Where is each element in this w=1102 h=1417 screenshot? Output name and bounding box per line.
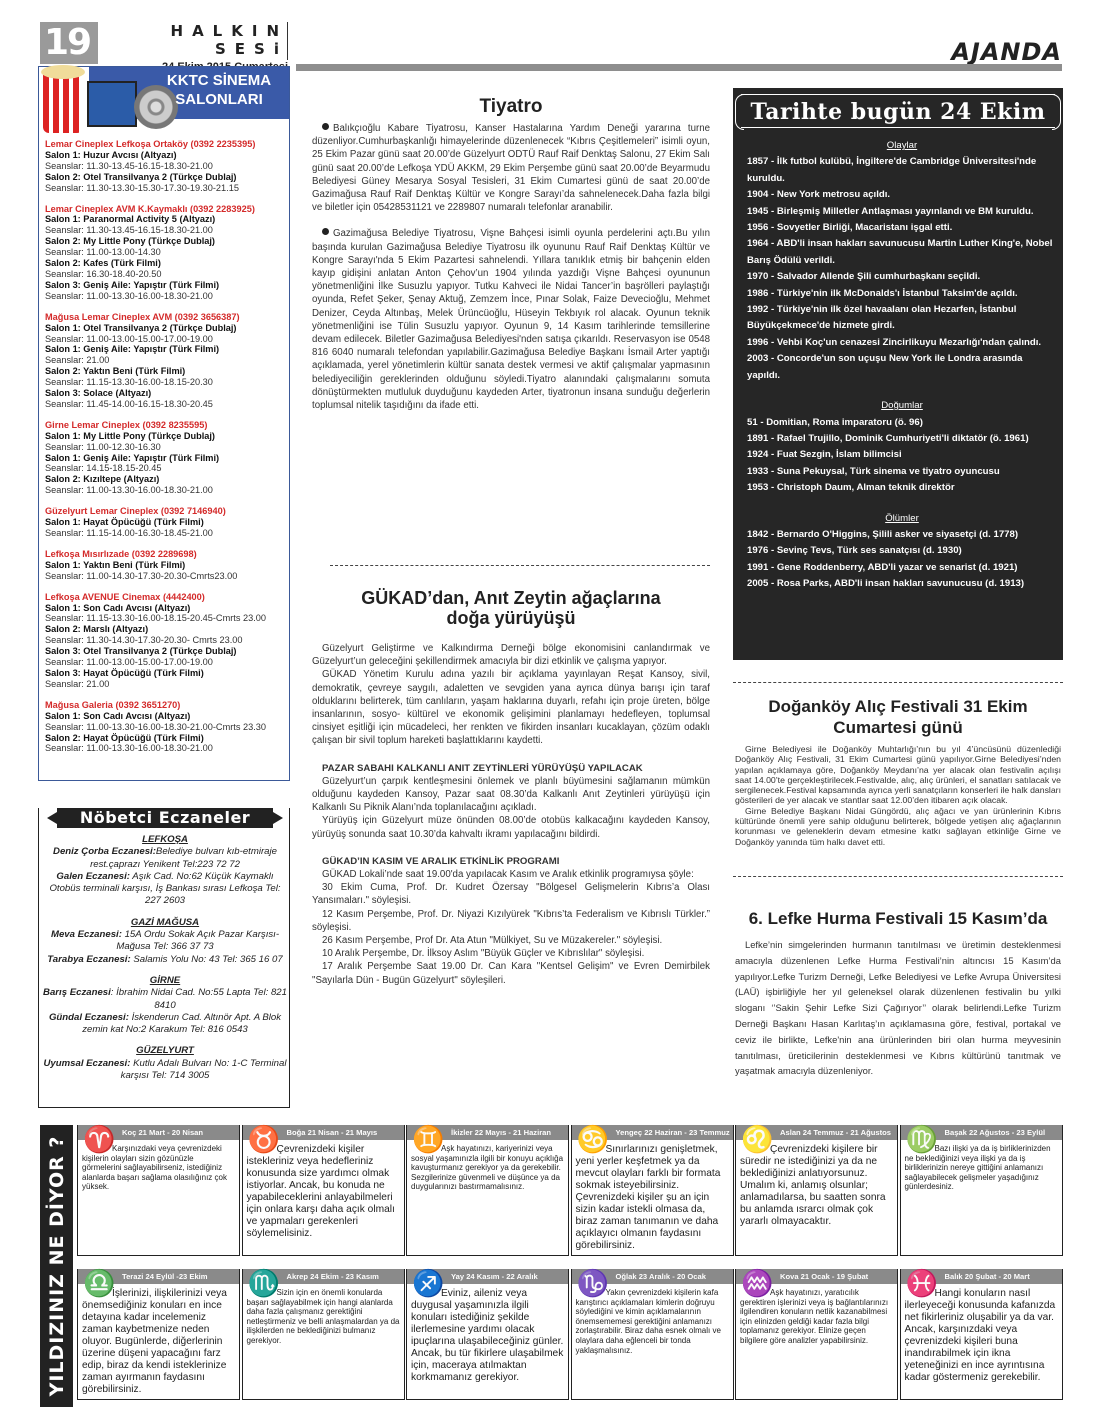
pharmacy-title: Nöbetci Eczaneler: [57, 808, 273, 828]
cinema-venue: Lefkoşa AVENUE Cinemax (4442400)Salon 1:…: [45, 592, 289, 690]
salon-film: Salon 2: Otel Transilvanya 2 (Türkçe Dub…: [45, 172, 289, 183]
salon-film: Salon 1: Son Cadı Avcısı (Altyazı): [45, 711, 289, 722]
horoscope-text: Eviniz, aileniz veya duygusal yaşamınızl…: [407, 1284, 568, 1384]
pharmacy-entry: Meva Eczanesi: 15A Ordu Sokak Açık Pazar…: [43, 929, 287, 954]
showtimes: Seanslar: 11.15-13.30-16.00-18.15-20.45-…: [45, 613, 289, 624]
header-divider: [287, 22, 288, 60]
tiyatro-paragraph-text: Gazimağusa Belediye Tiyatrosu, Vişne Bah…: [312, 228, 710, 411]
horoscope-card: Terazi 24 Eylül -23 Ekim♎İşlerinizi, ili…: [77, 1269, 240, 1400]
olumler-list: 1842 - Bernardo O'Higgins, Şilili asker …: [747, 527, 1057, 593]
gukad-article: GÜKAD’dan, Anıt Zeytin ağaçlarına doğa y…: [312, 588, 710, 987]
cinema-venue: Lefkoşa Mısırlızade (0392 2289698)Salon …: [45, 549, 289, 582]
salon-film: Salon 2: Yaktın Beni (Türk Filmi): [45, 366, 289, 377]
showtimes: Seanslar: 11.45-14.00-16.15-18.30-20.45: [45, 399, 289, 410]
venue-name: Girne Lemar Cineplex (0392 8235595): [45, 420, 289, 431]
section-divider: [330, 565, 710, 566]
olaylar-item: 1986 - Türkiye'nin ilk McDonalds'ı İstan…: [747, 286, 1057, 302]
libra-icon: ♎: [83, 1267, 115, 1299]
gukad-paragraph: 10 Aralık Perşembe, Dr. İlksoy Aslım "Bü…: [312, 947, 710, 960]
gukad-paragraph: GÜKAD Lokali’nde saat 19.00'da yapılacak…: [312, 868, 710, 881]
scorpio-icon: ♏: [248, 1267, 280, 1299]
pharmacy-name: Tarabya Eczanesi:: [47, 954, 130, 965]
salon-film: Salon 2: Hayat Öpücüğü (Türk Filmi): [45, 733, 289, 744]
gukad-paragraph: 30 Ekim Cuma, Prof. Dr. Kudret Özersay "…: [312, 881, 710, 907]
venue-name: Mağusa Galeria (0392 3651270): [45, 700, 289, 711]
showtimes: Seanslar: 21.00: [45, 679, 289, 690]
dogumlar-item: 1924 - Fuat Sezgin, İslam bilimcisi: [747, 447, 1057, 463]
salon-film: Salon 1: My Little Pony (Türkçe Dublaj): [45, 431, 289, 442]
taurus-icon: ♉: [248, 1123, 280, 1155]
lefke-title: 6. Lefke Hurma Festivali 15 Kasım’da: [735, 908, 1061, 929]
showtimes: Seanslar: 11.00-13.30-16.00-18.30-21.00: [45, 743, 289, 754]
salon-film: Salon 3: Hayat Öpücüğü (Türk Filmi): [45, 668, 289, 679]
capricorn-icon: ♑: [577, 1267, 609, 1299]
venue-name: Lefkoşa AVENUE Cinemax (4442400): [45, 592, 289, 603]
popcorn-icon: [43, 73, 83, 133]
horoscope-card: Aslan 24 Temmuz - 21 Ağustos♌Çevrenizdek…: [735, 1125, 898, 1256]
pharmacy-list: LEFKOŞADeniz Çorba Eczanesi:Belediye bul…: [43, 834, 287, 1082]
doganköy-paragraph: Girne Belediye Başkanı Nidai Güngördü, a…: [735, 806, 1061, 847]
olaylar-item: 1956 - Sovyetler Birliği, Macaristanı iş…: [747, 220, 1057, 236]
dogumlar-heading: Doğumlar: [747, 398, 1057, 414]
tiyatro-body: Balıkçıoğlu Kabare Tiyatrosu, Kanser Has…: [312, 122, 710, 412]
salon-film: Salon 1: Geniş Aile: Yapıştır (Türk Film…: [45, 453, 289, 464]
pharmacy-entry: Galen Eczanesi: Aşık Cad. No:62 Küçük Ka…: [43, 871, 287, 908]
olaylar-item: 2003 - Concorde'un son uçuşu New York il…: [747, 351, 1057, 384]
showtimes: Seanslar: 11.30-14.30-17.30-20.30- Cmrts…: [45, 635, 289, 646]
venue-name: Lefkoşa Mısırlızade (0392 2289698): [45, 549, 289, 560]
horoscope-card: Oğlak 23 Aralık - 20 Ocak♑Yakın çevreniz…: [571, 1269, 734, 1400]
pharmacy-name: Gündal Eczanesi:: [49, 1012, 129, 1023]
olaylar-item: 1945 - Birleşmiş Milletler Antlaşması ya…: [747, 204, 1057, 220]
pisces-icon: ♓: [906, 1267, 938, 1299]
venue-name: Güzelyurt Lemar Cineplex (0392 7146940): [45, 506, 289, 517]
horoscope-card: Kova 21 Ocak - 19 Şubat♒Aşk hayatınızı, …: [735, 1269, 898, 1400]
olaylar-list: 1857 - İlk futbol kulübü, İngiltere'de C…: [747, 154, 1057, 384]
olaylar-item: 1857 - İlk futbol kulübü, İngiltere'de C…: [747, 154, 1057, 187]
horoscope-text: Sınırlarınızı genişletmek, yeni yerler k…: [572, 1140, 733, 1252]
showtimes: Seanslar: 11.00-14.30-17.30-20.30-Cmrts2…: [45, 571, 289, 582]
dogumlar-list: 51 - Domitian, Roma imparatoru (ö. 96)18…: [747, 415, 1057, 497]
cinema-header: KKTC SİNEMA SALONLARI: [39, 67, 289, 135]
bullet-icon: [322, 228, 329, 235]
dogumlar-item: 1953 - Christoph Daum, Alman teknik dire…: [747, 480, 1057, 496]
salon-film: Salon 1: Otel Transilvanya 2 (Türkçe Dub…: [45, 323, 289, 334]
showtimes: Seanslar: 16.30-18.40-20.50: [45, 269, 289, 280]
cinema-venue: Mağusa Galeria (0392 3651270)Salon 1: So…: [45, 700, 289, 755]
olumler-heading: Ölümler: [747, 511, 1057, 527]
gukad-paragraph: Güzelyurt Geliştirme ve Kalkındırma Dern…: [312, 642, 710, 668]
leo-icon: ♌: [741, 1123, 773, 1155]
pharmacy-entry: Uyumsal Eczanesi: Kutlu Adalı Bulvarı No…: [43, 1058, 287, 1083]
horoscope-section: YILDIZINIZ NE DİYOR ? Koç 21 Mart - 20 N…: [40, 1125, 1062, 1413]
olaylar-item: 1970 - Salvador Allende Şili cumhurbaşka…: [747, 269, 1057, 285]
horoscope-card: Balık 20 Şubat - 20 Mart♓Hangi konuların…: [900, 1269, 1063, 1400]
showtimes: Seanslar: 11.15-14.00-16.30-18.45-21.00: [45, 528, 289, 539]
page-number: 19: [40, 22, 98, 64]
dogumlar-item: 51 - Domitian, Roma imparatoru (ö. 96): [747, 415, 1057, 431]
section-divider: [733, 682, 1063, 683]
tiyatro-article: Tiyatro Balıkçıoğlu Kabare Tiyatrosu, Ka…: [312, 96, 710, 412]
pharmacy-region: GAZİ MAĞUSA: [43, 917, 287, 929]
doganköy-title: Doğanköy Alıç Festivali 31 Ekim Cumartes…: [735, 696, 1061, 738]
header-band: [296, 64, 1062, 71]
cinema-title-line1: KKTC SİNEMA: [154, 71, 284, 90]
pharmacy-box: Nöbetci Eczaneler LEFKOŞADeniz Çorba Ecz…: [38, 808, 290, 1108]
gukad-subheading: PAZAR SABAHI KALKANLI ANIT ZEYTİNLERİ YÜ…: [312, 762, 710, 775]
cinema-title-line2: SALONLARI: [154, 90, 284, 109]
cinema-list: Lemar Cineplex Lefkoşa Ortaköy (0392 223…: [45, 139, 289, 764]
dogumlar-item: 1933 - Suna Pekuysal, Türk sinema ve tiy…: [747, 464, 1057, 480]
venue-name: Mağusa Lemar Cineplex AVM (0392 3656387): [45, 312, 289, 323]
showtimes: Seanslar: 11.30-13.30-15.30-17.30-19.30-…: [45, 183, 289, 194]
gukad-paragraph: 12 Kasım Perşembe, Prof. Dr. Niyazi Kızı…: [312, 908, 710, 934]
tiyatro-paragraph-text: Balıkçıoğlu Kabare Tiyatrosu, Kanser Has…: [312, 123, 710, 213]
lefke-article: 6. Lefke Hurma Festivali 15 Kasım’da Lef…: [735, 908, 1061, 1079]
section-divider: [733, 876, 1063, 877]
pharmacy-entry: Tarabya Eczanesi: Salamis Yolu No: 43 Te…: [43, 954, 287, 966]
sagittarius-icon: ♐: [412, 1267, 444, 1299]
cinema-venue: Güzelyurt Lemar Cineplex (0392 7146940)S…: [45, 506, 289, 539]
salon-film: Salon 3: Otel Transilvanya 2 (Türkçe Dub…: [45, 646, 289, 657]
tarihte-body: Olaylar 1857 - İlk futbol kulübü, İngilt…: [747, 138, 1057, 593]
showtimes: Seanslar: 11.00-13.30-16.00-18.30-21.00-…: [45, 722, 289, 733]
gukad-paragraph: Yürüyüş için Güzelyurt müze önünden 08.0…: [312, 814, 710, 840]
pharmacy-name: Barış Eczanesi: [43, 987, 111, 998]
olumler-item: 1976 - Sevinç Tevs, Türk ses sanatçısı (…: [747, 543, 1057, 559]
showtimes: Seanslar: 11.00-13.30-16.00-18.30-21.00: [45, 485, 289, 496]
salon-film: Salon 2: My Little Pony (Türkçe Dublaj): [45, 236, 289, 247]
section-title: AJANDA: [951, 38, 1062, 66]
pharmacy-region: GÜZELYURT: [43, 1045, 287, 1057]
showtimes: Seanslar: 11.30-13.45-16.15-18.30-21.00: [45, 225, 289, 236]
pharmacy-detail: Salamis Yolu No: 43 Tel: 365 16 07: [131, 954, 283, 965]
horoscope-text: Hangi konuların nasıl ilerleyeceği konus…: [901, 1284, 1062, 1384]
salon-film: Salon 2: Kızıltepe (Altyazı): [45, 474, 289, 485]
doganköy-paragraph: Girne Belediyesi ile Doğanköy Muhtarlığı…: [735, 744, 1061, 806]
olumler-item: 1991 - Gene Roddenberry, ABD'li yazar ve…: [747, 560, 1057, 576]
horoscope-card: Başak 22 Ağustos - 23 Eylül♍Bazı ilişki …: [900, 1125, 1063, 1256]
pharmacy-entry: Deniz Çorba Eczanesi:Belediye bulvarı kı…: [43, 846, 287, 871]
cinema-venue: Mağusa Lemar Cineplex AVM (0392 3656387)…: [45, 312, 289, 410]
tiyatro-paragraph: Gazimağusa Belediye Tiyatrosu, Vişne Bah…: [312, 227, 710, 412]
olumler-item: 2005 - Rosa Parks, ABD'li insan hakları …: [747, 576, 1057, 592]
showtimes: Seanslar: 11.00-12.30-16.30: [45, 442, 289, 453]
showtimes: Seanslar: 11.00-13.30-16.00-18.30-21.00: [45, 291, 289, 302]
lefke-body: Lefke’nin simgelerinden hurmanın tanıtıl…: [735, 937, 1061, 1079]
aries-icon: ♈: [83, 1123, 115, 1155]
horoscope-card: Yay 24 Kasım - 22 Aralık♐Eviniz, aileniz…: [406, 1269, 569, 1400]
dogumlar-item: 1891 - Rafael Trujillo, Dominik Cumhuriy…: [747, 431, 1057, 447]
showtimes: Seanslar: 11.00-13.00-14.30: [45, 247, 289, 258]
gukad-paragraph: 26 Kasım Perşembe, Prof Dr. Ata Atun "Mü…: [312, 934, 710, 947]
salon-film: Salon 1: Huzur Avcısı (Altyazı): [45, 150, 289, 161]
gukad-paragraph: Güzelyurt’un çarpık kentleşmesini önleme…: [312, 775, 710, 815]
showtimes: Seanslar: 21.00: [45, 355, 289, 366]
tarihte-title: Tarihte bugün 24 Ekim: [741, 94, 1055, 128]
olaylar-item: 1992 - Türkiye'nin ilk özel havaalanı ol…: [747, 302, 1057, 335]
showtimes: Seanslar: 11.00-13.00-15.00-17.00-19.00: [45, 657, 289, 668]
horoscope-card: Koç 21 Mart - 20 Nisan♈Karşınızdaki veya…: [77, 1125, 240, 1256]
horoscope-card: İkizler 22 Mayıs - 21 Haziran♊Aşk hayatı…: [406, 1125, 569, 1256]
virgo-icon: ♍: [906, 1123, 938, 1155]
salon-film: Salon 1: Paranormal Activity 5 (Altyazı): [45, 214, 289, 225]
pharmacy-detail: 15A Ordu Sokak Açık Pazar Karşısı-Mağusa…: [116, 929, 279, 952]
cinema-venue: Girne Lemar Cineplex (0392 8235595)Salon…: [45, 420, 289, 496]
pharmacy-name: Deniz Çorba Eczanesi:: [53, 846, 156, 857]
gukad-body: Güzelyurt Geliştirme ve Kalkındırma Dern…: [312, 642, 710, 987]
gukad-title: GÜKAD’dan, Anıt Zeytin ağaçlarına doğa y…: [312, 588, 710, 628]
cancer-icon: ♋: [577, 1123, 609, 1155]
salon-film: Salon 2: Kafes (Türk Filmi): [45, 258, 289, 269]
pharmacy-name: Meva Eczanesi:: [51, 929, 122, 940]
salon-film: Salon 3: Geniş Aile: Yapıştır (Türk Film…: [45, 280, 289, 291]
salon-film: Salon 2: Marslı (Altyazı): [45, 624, 289, 635]
horoscope-label-text: YILDIZINIZ NE DİYOR ?: [46, 1136, 68, 1397]
salon-film: Salon 1: Yaktın Beni (Türk Filmi): [45, 560, 289, 571]
horoscope-label: YILDIZINIZ NE DİYOR ?: [40, 1125, 73, 1407]
pharmacy-detail: Kutlu Adalı Bulvarı No: 1-C Terminal kar…: [121, 1058, 287, 1081]
horoscope-card: Boğa 21 Nisan - 21 Mayıs♉Çevrenizdeki ki…: [242, 1125, 405, 1256]
showtimes: Seanslar: 11.00-13.00-15.00-17.00-19.00: [45, 334, 289, 345]
venue-name: Lemar Cineplex Lefkoşa Ortaköy (0392 223…: [45, 139, 289, 150]
salon-film: Salon 1: Geniş Aile: Yapıştır (Türk Film…: [45, 344, 289, 355]
pharmacy-detail: : İbrahim Nidai Cad. No:55 Lapta Tel: 82…: [111, 987, 287, 1010]
pharmacy-region: LEFKOŞA: [43, 834, 287, 846]
olaylar-item: 1964 - ABD'li insan hakları savunucusu M…: [747, 236, 1057, 269]
horoscope-card: Yengeç 22 Haziran - 23 Temmuz♋Sınırların…: [571, 1125, 734, 1256]
cinema-listings: KKTC SİNEMA SALONLARI Lemar Cineplex Lef…: [38, 66, 290, 781]
doganköy-body: Girne Belediyesi ile Doğanköy Muhtarlığı…: [735, 744, 1061, 847]
pharmacy-name: Galen Eczanesi:: [56, 871, 130, 882]
venue-name: Lemar Cineplex AVM K.Kaymaklı (0392 2283…: [45, 204, 289, 215]
showtimes: Seanslar: 11.15-13.30-16.00-18.15-20.30: [45, 377, 289, 388]
gukad-paragraph: GÜKAD Yönetim Kurulu adına yazılı bir aç…: [312, 668, 710, 747]
pharmacy-name: Uyumsal Eczanesi:: [44, 1058, 131, 1069]
horoscope-text: İşlerinizi, ilişkilerinizi veya önemsedi…: [78, 1284, 239, 1396]
horoscope-card: Akrep 24 Ekim - 23 Kasım♏Sizin için en ö…: [242, 1269, 405, 1400]
showtimes: Seanslar: 11.30-13.45-16.15-18.30-21.00: [45, 161, 289, 172]
gemini-icon: ♊: [412, 1123, 444, 1155]
pharmacy-entry: Barış Eczanesi: İbrahim Nidai Cad. No:55…: [43, 987, 287, 1012]
olaylar-item: 1996 - Vehbi Koç'un cenazesi Zincirlikuy…: [747, 335, 1057, 351]
pharmacy-entry: Gündal Eczanesi: İskenderun Cad. Altınör…: [43, 1012, 287, 1037]
tarihte-bugun-box: Tarihte bugün 24 Ekim Olaylar 1857 - İlk…: [733, 88, 1063, 660]
cinema-venue: Lemar Cineplex Lefkoşa Ortaköy (0392 223…: [45, 139, 289, 194]
pharmacy-region: GİRNE: [43, 975, 287, 987]
paper-name: HALKIN SESi: [128, 22, 288, 58]
tiyatro-paragraph: Balıkçıoğlu Kabare Tiyatrosu, Kanser Has…: [312, 122, 710, 214]
aquarius-icon: ♒: [741, 1267, 773, 1299]
salon-film: Salon 1: Son Cadı Avcısı (Altyazı): [45, 603, 289, 614]
lefke-paragraph: Lefke’nin simgelerinden hurmanın tanıtıl…: [735, 937, 1061, 1079]
gukad-paragraph: 17 Aralık Perşembe Saat 19.00 Dr. Can Ka…: [312, 960, 710, 986]
clapperboard-icon: [87, 81, 137, 127]
olaylar-heading: Olaylar: [747, 138, 1057, 154]
cinema-title: KKTC SİNEMA SALONLARI: [154, 71, 284, 109]
bullet-icon: [322, 123, 329, 130]
olumler-item: 1842 - Bernardo O'Higgins, Şilili asker …: [747, 527, 1057, 543]
doganköy-article: Doğanköy Alıç Festivali 31 Ekim Cumartes…: [735, 696, 1061, 847]
salon-film: Salon 1: Hayat Öpücüğü (Türk Filmi): [45, 517, 289, 528]
showtimes: Seanslar: 14.15-18.15-20.45: [45, 463, 289, 474]
cinema-venue: Lemar Cineplex AVM K.Kaymaklı (0392 2283…: [45, 204, 289, 302]
olaylar-item: 1904 - New York metrosu açıldı.: [747, 187, 1057, 203]
tiyatro-title: Tiyatro: [312, 96, 710, 118]
gukad-subheading: GÜKAD’IN KASIM VE ARALIK ETKİNLİK PROGRA…: [312, 855, 710, 868]
salon-film: Salon 3: Solace (Altyazı): [45, 388, 289, 399]
horoscope-text: Çevrenizdeki kişiler istekleriniz veya h…: [243, 1140, 404, 1240]
